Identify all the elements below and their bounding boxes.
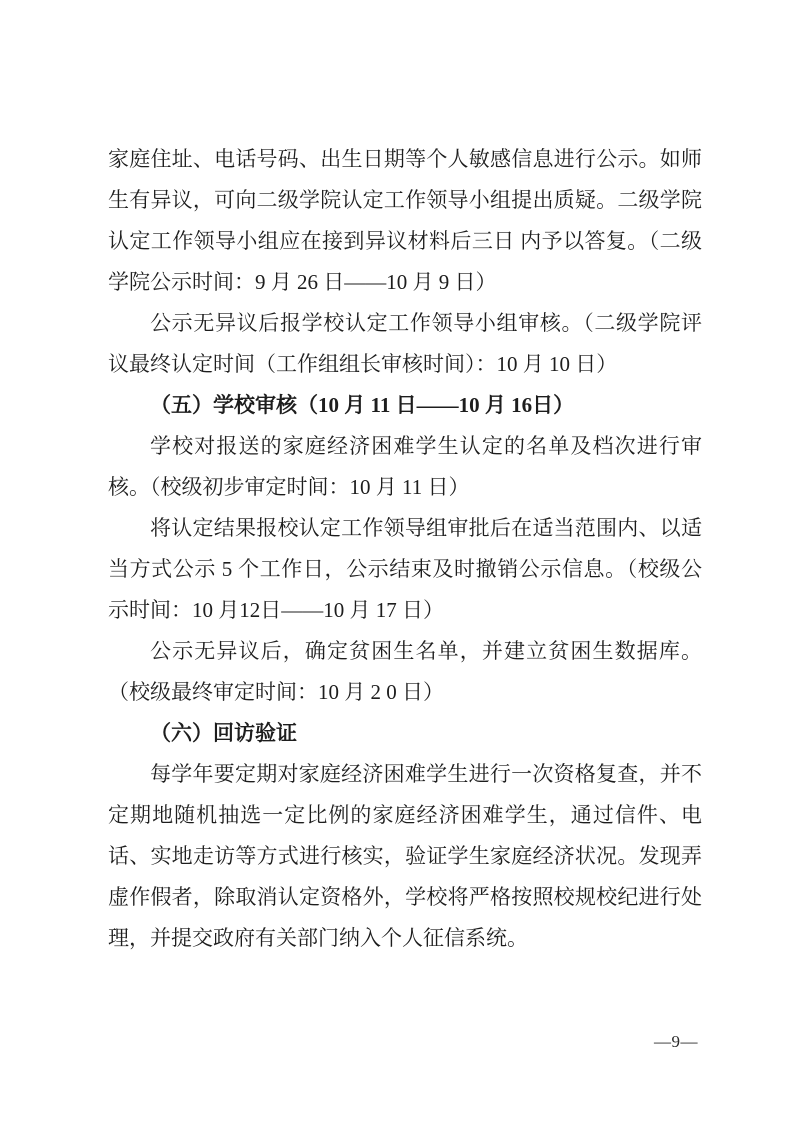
para-privacy-objection: 家庭住址、电话号码、出生日期等个人敏感信息进行公示。如师生有异议，可向二级学院认… xyxy=(108,139,702,303)
page: { "page": { "number": "—9—" }, "document… xyxy=(0,0,793,1122)
para-report-to-school: 公示无异议后报学校认定工作领导小组审核。（二级学院评议最终认定时间（工作组组长审… xyxy=(108,303,702,385)
para-review-verification: 每学年要定期对家庭经济困难学生进行一次资格复查，并不定期地随机抽选一定比例的家庭… xyxy=(108,754,702,959)
para-database: 公示无异议后，确定贫困生名单，并建立贫困生数据库。（校级最终审定时间：10 月 … xyxy=(108,631,702,713)
document-body: 家庭住址、电话号码、出生日期等个人敏感信息进行公示。如师生有异议，可向二级学院认… xyxy=(108,139,702,959)
document-page: 家庭住址、电话号码、出生日期等个人敏感信息进行公示。如师生有异议，可向二级学院认… xyxy=(0,0,793,1122)
para-school-audit: 学校对报送的家庭经济困难学生认定的名单及档次进行审核。（校级初步审定时间：10 … xyxy=(108,426,702,508)
heading-section-6: （六）回访验证 xyxy=(108,713,702,754)
page-number: —9— xyxy=(649,1031,703,1053)
para-school-publicity: 将认定结果报校认定工作领导组审批后在适当范围内、以适当方式公示 5 个工作日，公… xyxy=(108,508,702,631)
heading-section-5: （五）学校审核（10 月 11 日——10 月 16日） xyxy=(108,385,702,426)
